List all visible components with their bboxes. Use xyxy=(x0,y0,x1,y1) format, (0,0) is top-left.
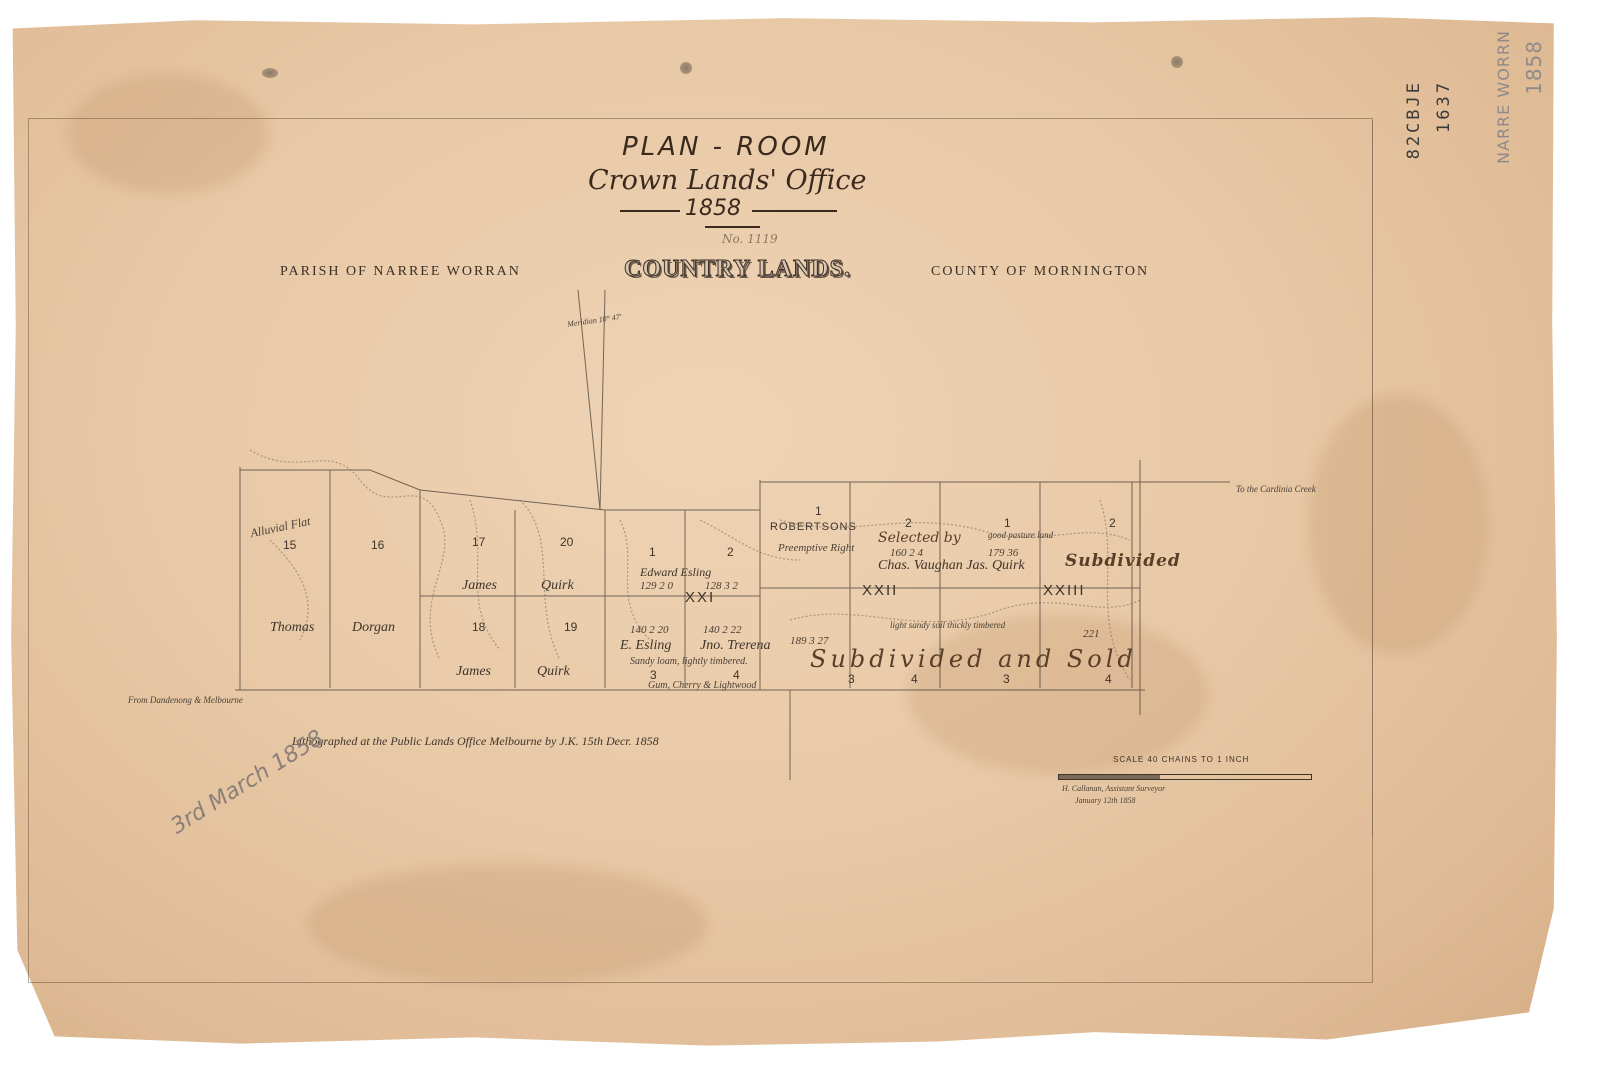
road-origin-label: From Dandenong & Melbourne xyxy=(128,695,243,705)
survey-date: January 12th 1858 xyxy=(1075,796,1135,805)
owner-label: Thomas xyxy=(270,620,314,636)
owner-label: Quirk xyxy=(541,578,574,594)
survey-map xyxy=(0,0,1600,1068)
lot-number: 2 xyxy=(727,545,734,559)
road-destination-label: To the Cardinia Creek xyxy=(1236,484,1316,494)
lot-number: 3 xyxy=(1003,672,1010,686)
scale-title: SCALE 40 CHAINS TO 1 INCH xyxy=(1113,755,1249,764)
area-label: 221 xyxy=(1083,628,1100,640)
subdivided-sold-annotation: Subdivided and Sold xyxy=(810,645,1137,673)
section-label: XXI xyxy=(685,589,715,606)
lot-number: 1 xyxy=(649,545,656,559)
owner-label: Chas. Vaughan Jas. Quirk xyxy=(878,558,1025,574)
owner-label: Edward Esling xyxy=(640,565,711,580)
lot-number: 1 xyxy=(815,504,822,518)
lot-number: 17 xyxy=(472,535,485,549)
section-label: XXII xyxy=(862,582,898,599)
owner-label: E. Esling xyxy=(620,638,671,654)
lot-number: 2 xyxy=(905,516,912,530)
terrain-note: good pasture land xyxy=(988,530,1053,540)
terrain-note: light sandy soil thickly timbered xyxy=(890,620,1005,630)
selected-by-label: Selected by xyxy=(878,530,961,546)
owner-label: Quirk xyxy=(537,664,570,680)
owner-label: James xyxy=(462,578,497,594)
timber-note: Gum, Cherry & Lightwood xyxy=(648,680,756,691)
owner-label: James xyxy=(456,664,491,680)
lot-number: 2 xyxy=(1109,516,1116,530)
subdivided-annotation: Subdivided xyxy=(1065,551,1181,571)
robertsons-label: ROBERTSONS xyxy=(770,521,857,533)
area-label: 140 2 20 xyxy=(630,624,669,636)
lot-number: 4 xyxy=(1105,672,1112,686)
lot-number: 1 xyxy=(1004,516,1011,530)
lot-number: 4 xyxy=(911,672,918,686)
soil-note: Sandy loam, lightly timbered. xyxy=(630,656,748,667)
lot-number: 3 xyxy=(848,672,855,686)
preemptive-label: Preemptive Right xyxy=(778,542,854,554)
scale-bar xyxy=(1058,774,1312,780)
lot-number: 20 xyxy=(560,535,573,549)
owner-label: Jno. Trerena xyxy=(700,638,771,654)
lot-number: 16 xyxy=(371,538,384,552)
lithograph-credit: Lithographed at the Public Lands Office … xyxy=(292,734,659,749)
surveyor-credit: H. Callanan, Assistant Surveyor xyxy=(1062,784,1165,793)
lot-number: 18 xyxy=(472,620,485,634)
area-label: 140 2 22 xyxy=(703,624,742,636)
area-label: 129 2 0 xyxy=(640,580,673,592)
lot-number: 19 xyxy=(564,620,577,634)
owner-label: Dorgan xyxy=(352,620,395,636)
section-label: XXIII xyxy=(1043,582,1086,599)
lot-number: 15 xyxy=(283,538,296,552)
